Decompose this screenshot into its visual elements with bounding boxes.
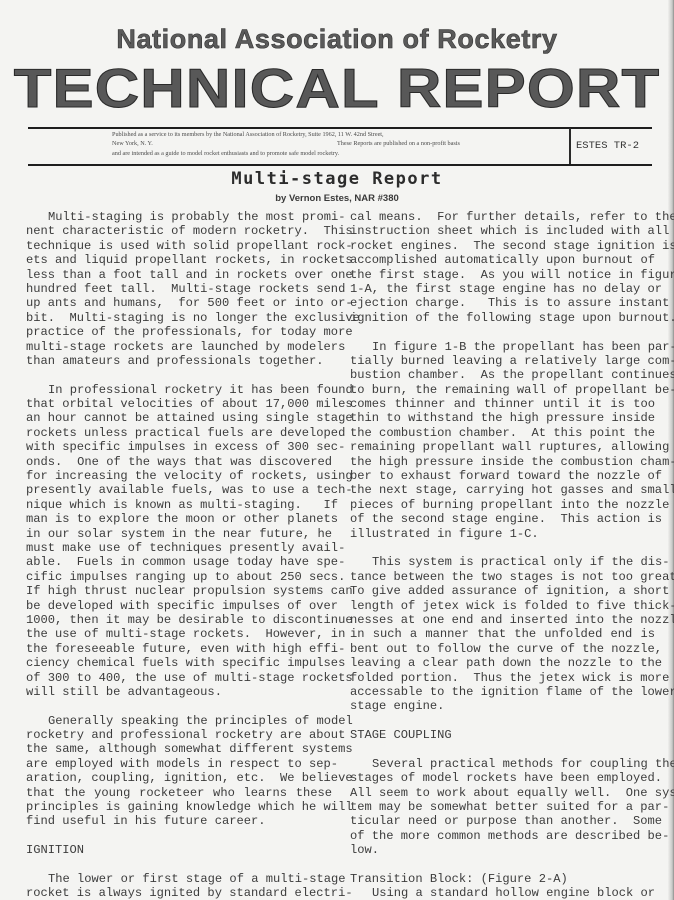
right-column: cal means. For further details, refer to…	[350, 210, 655, 900]
section-heading-stage-coupling: STAGE COUPLING	[350, 728, 655, 742]
header-vertical-divider	[569, 128, 571, 165]
section-heading-ignition: IGNITION	[26, 843, 332, 857]
text-line: This system is practical only if the dis…	[350, 555, 655, 569]
text-line: presently available fuels, was to use a …	[26, 483, 332, 497]
report-id: ESTES TR-2	[576, 140, 639, 152]
report-masthead-title: TECHNICAL REPORT	[0, 58, 674, 118]
article-byline: by Vernon Estes, NAR #380	[0, 193, 674, 204]
text-line: ignition of the following stage upon bur…	[350, 311, 655, 325]
text-line: cal means. For further details, refer to…	[350, 210, 655, 224]
text-line: the use of multi-stage rockets. However,…	[26, 627, 332, 641]
text-line: cific impulses ranging up to about 250 s…	[26, 570, 332, 584]
text-line: tance between the two stages is not too …	[350, 570, 655, 584]
text-line: onds. One of the ways that was discovere…	[26, 455, 332, 469]
text-line: the high pressure inside the combustion …	[350, 455, 655, 469]
text-line: an hour cannot be attained using single …	[26, 411, 332, 425]
text-line: nent characteristic of modern rocketry. …	[26, 224, 332, 238]
text-line: illustrated in figure 1-C.	[350, 527, 655, 541]
text-line: Multi-staging is probably the most promi…	[26, 210, 332, 224]
text-line: up ants and humans, for 500 feet or into…	[26, 296, 332, 310]
text-line: Several practical methods for coupling t…	[350, 757, 655, 771]
publication-note-line: Published as a service to its members by…	[112, 130, 512, 139]
paragraph-ignition: The lower or first stage of a multi-stag…	[26, 872, 332, 900]
text-line: hundred feet tall. Multi-stage rockets s…	[26, 282, 332, 296]
text-line: All seem to work about equally well. One…	[350, 786, 655, 800]
text-line: the next stage, carrying hot gasses and …	[350, 483, 655, 497]
paragraph-figure-1b: In figure 1-B the propellant has been pa…	[350, 340, 655, 541]
article-title: Multi-stage Report	[0, 169, 674, 189]
text-line: nique which is known as multi-staging. I…	[26, 498, 332, 512]
publication-basis: These Reports are published on a non-pro…	[337, 139, 460, 148]
paragraph-intro: Multi-staging is probably the most promi…	[26, 210, 332, 368]
text-line: must make use of techniques presently av…	[26, 541, 332, 555]
text-line: tem may be somewhat better suited for a …	[350, 800, 655, 814]
text-line: man is to explore the moon or other plan…	[26, 512, 332, 526]
text-line: rockets unless practical fuels are devel…	[26, 426, 332, 440]
text-line: able. Fuels in common usage today have s…	[26, 555, 332, 569]
text-line: bustion chamber. As the propellant conti…	[350, 368, 655, 382]
text-line: folded portion. Thus the jetex wick is m…	[350, 671, 655, 685]
paragraph-stage-coupling: Several practical methods for coupling t…	[350, 757, 655, 858]
text-line: 1000, then it may be desirable to discon…	[26, 613, 332, 627]
text-line: comes thinner and thinner until it is to…	[350, 397, 655, 411]
text-line: stages of model rockets have been employ…	[350, 771, 655, 785]
text-line: thin to withstand the high pressure insi…	[350, 411, 655, 425]
publication-note: Published as a service to its members by…	[112, 130, 512, 158]
text-line: pieces of burning propellant into the no…	[350, 498, 655, 512]
text-line: be developed with specific impulses of o…	[26, 599, 332, 613]
text-line: If high thrust nuclear propulsion system…	[26, 584, 332, 598]
text-line: In figure 1-B the propellant has been pa…	[350, 340, 655, 354]
text-line: ticular need or purpose than another. So…	[350, 814, 655, 828]
text-line: find useful in his future career.	[26, 814, 332, 828]
text-line: that the young rocketeer who learns thes…	[26, 786, 332, 800]
text-line: bit. Multi-staging is no longer the excl…	[26, 311, 332, 325]
text-line: in such a manner that the unfolded end i…	[350, 627, 655, 641]
text-line: technique is used with solid propellant …	[26, 239, 332, 253]
subheading-transition-block: Transition Block: (Figure 2-A)	[350, 872, 655, 886]
paragraph-ignition-continued: cal means. For further details, refer to…	[350, 210, 655, 325]
report-page: National Association of Rocketry TECHNIC…	[0, 0, 674, 900]
text-line: with specific impulses in excess of 300 …	[26, 440, 332, 454]
text-line: multi-stage rockets are launched by mode…	[26, 340, 332, 354]
text-line: ber to exhaust forward toward the nozzle…	[350, 469, 655, 483]
publication-note-line: and are intended as a guide to model roc…	[112, 149, 512, 158]
text-line: instruction sheet which is included with…	[350, 224, 655, 238]
text-line: the combustion chamber. At this point th…	[350, 426, 655, 440]
text-line: rocket engines. The second stage ignitio…	[350, 239, 655, 253]
text-line: practice of the professionals, for today…	[26, 325, 332, 339]
paragraph-transition-block: Using a standard hollow engine block or	[350, 886, 655, 900]
header-top-rule	[28, 127, 652, 129]
text-line: 1-A, the first stage engine has no delay…	[350, 282, 655, 296]
text-line: that orbital velocities of about 17,000 …	[26, 397, 332, 411]
text-line: in our solar system in the near future, …	[26, 527, 332, 541]
text-line: low.	[350, 843, 655, 857]
text-line: ejection charge. This is to assure insta…	[350, 296, 655, 310]
text-line: Using a standard hollow engine block or	[350, 886, 655, 900]
text-line: remaining propellant wall ruptures, allo…	[350, 440, 655, 454]
text-line: the foreseeable future, even with high e…	[26, 642, 332, 656]
text-line: The lower or first stage of a multi-stag…	[26, 872, 332, 886]
paragraph-professional-rocketry: In professional rocketry it has been fou…	[26, 383, 332, 700]
text-line: In professional rocketry it has been fou…	[26, 383, 332, 397]
text-line: accessable to the ignition flame of the …	[350, 685, 655, 699]
text-line: for increasing the velocity of rockets, …	[26, 469, 332, 483]
text-line: length of jetex wick is folded to five t…	[350, 599, 655, 613]
text-line: ets and liquid propellant rockets, in ro…	[26, 253, 332, 267]
text-line: than amateurs and professionals together…	[26, 354, 332, 368]
text-line: the first stage. As you will notice in f…	[350, 268, 655, 282]
text-line: of the second stage engine. This action …	[350, 512, 655, 526]
left-column: Multi-staging is probably the most promi…	[26, 210, 332, 900]
text-line: leaving a clear path down the nozzle to …	[350, 656, 655, 670]
text-line: rocket is always ignited by standard ele…	[26, 886, 332, 900]
text-line: aration, coupling, ignition, etc. We bel…	[26, 771, 332, 785]
text-line: will still be advantageous.	[26, 685, 332, 699]
text-line: rocketry and professional rocketry are a…	[26, 728, 332, 742]
header-bottom-rule	[28, 164, 652, 166]
text-line: principles is gaining knowledge which he…	[26, 800, 332, 814]
text-line: ciency chemical fuels with specific impu…	[26, 656, 332, 670]
paragraph-jetex-wick: This system is practical only if the dis…	[350, 555, 655, 713]
text-line: nesses at one end and inserted into the …	[350, 613, 655, 627]
publication-city: New York, N. Y.	[112, 140, 153, 147]
text-line: bent out to follow the curve of the nozz…	[350, 642, 655, 656]
text-line: tially burned leaving a relatively large…	[350, 354, 655, 368]
text-line: stage engine.	[350, 699, 655, 713]
text-line: To give added assurance of ignition, a s…	[350, 584, 655, 598]
paragraph-principles: Generally speaking the principles of mod…	[26, 714, 332, 829]
publication-note-line: New York, N. Y. These Reports are publis…	[112, 139, 512, 148]
text-line: less than a foot tall and in rockets ove…	[26, 268, 332, 282]
text-line: accomplished automatically upon burnout …	[350, 253, 655, 267]
text-line: of the more common methods are described…	[350, 829, 655, 843]
text-line: to burn, the remaining wall of propellan…	[350, 383, 655, 397]
text-line: of 300 to 400, the use of multi-stage ro…	[26, 671, 332, 685]
organization-name: National Association of Rocketry	[0, 24, 674, 55]
text-line: Generally speaking the principles of mod…	[26, 714, 332, 728]
text-line: the same, although somewhat different sy…	[26, 742, 332, 756]
text-line: are employed with models in respect to s…	[26, 757, 332, 771]
